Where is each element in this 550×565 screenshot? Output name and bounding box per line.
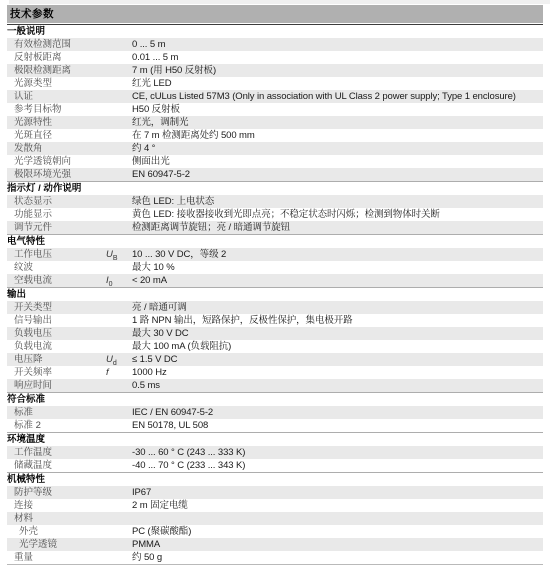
spec-label: 负载电流 xyxy=(7,340,106,353)
spec-label: 工作温度 xyxy=(7,446,106,459)
spec-value: PMMA xyxy=(132,538,543,551)
spec-value: IP67 xyxy=(132,486,543,499)
spec-label: 开关频率 xyxy=(7,366,106,379)
spec-symbol xyxy=(106,261,132,274)
spec-label: 电压降 xyxy=(7,353,106,366)
spec-label: 状态显示 xyxy=(7,195,106,208)
spec-row: 光源特性红光，调制光 xyxy=(7,116,543,129)
spec-symbol: f xyxy=(106,366,132,379)
spec-label: 光学透镜 xyxy=(7,538,106,551)
spec-symbol xyxy=(106,379,132,392)
spec-label: 开关类型 xyxy=(7,301,106,314)
spec-symbol: I0 xyxy=(106,274,132,287)
spec-value: 最大 100 mA (负载阻抗) xyxy=(132,340,543,353)
technical-data-table: 技术参数 一般说明有效检测范围0 ... 5 m反射板距离0.01 ... 5 … xyxy=(7,5,543,562)
spec-label: 响应时间 xyxy=(7,379,106,392)
spec-row: 负载电压最大 30 V DC xyxy=(7,327,543,340)
section-header: 一般说明 xyxy=(7,25,543,38)
spec-label: 极限检测距离 xyxy=(7,64,106,77)
spec-symbol xyxy=(106,51,132,64)
spec-symbol xyxy=(106,129,132,142)
spec-row: 材料 xyxy=(7,512,543,525)
spec-row: 标准IEC / EN 60947-5-2 xyxy=(7,406,543,419)
spec-value: -30 ... 60 ° C (243 ... 333 K) xyxy=(132,446,543,459)
section-header: 符合标准 xyxy=(7,392,543,406)
spec-symbol xyxy=(106,208,132,221)
spec-value: IEC / EN 60947-5-2 xyxy=(132,406,543,419)
spec-label: 光学透镜朝向 xyxy=(7,155,106,168)
spec-symbol xyxy=(106,301,132,314)
spec-row: 极限环境光强EN 60947-5-2 xyxy=(7,168,543,181)
spec-value: 1 路 NPN 输出，短路保护，反极性保护，集电极开路 xyxy=(132,314,543,327)
spec-label: 空载电流 xyxy=(7,274,106,287)
spec-label: 调节元件 xyxy=(7,221,106,234)
spec-row: 连接2 m 固定电缆 xyxy=(7,499,543,512)
spec-label: 认证 xyxy=(7,90,106,103)
spec-row: 开关频率f1000 Hz xyxy=(7,366,543,379)
spec-symbol xyxy=(106,142,132,155)
spec-label: 有效检测范围 xyxy=(7,38,106,51)
spec-symbol xyxy=(106,446,132,459)
section-header: 环境温度 xyxy=(7,432,543,446)
spec-row: 防护等级IP67 xyxy=(7,486,543,499)
spec-row: 开关类型亮 / 暗通可调 xyxy=(7,301,543,314)
spec-symbol xyxy=(106,221,132,234)
spec-label: 防护等级 xyxy=(7,486,106,499)
spec-label: 功能显示 xyxy=(7,208,106,221)
spec-row: 标准 2EN 50178, UL 508 xyxy=(7,419,543,432)
page-top-strip xyxy=(9,0,550,4)
spec-row: 认证CE, cULus Listed 57M3 (Only in associa… xyxy=(7,90,543,103)
spec-symbol: UB xyxy=(106,248,132,261)
spec-row: 状态显示绿色 LED: 上电状态 xyxy=(7,195,543,208)
spec-value: 最大 30 V DC xyxy=(132,327,543,340)
spec-value: -40 ... 70 ° C (233 ... 343 K) xyxy=(132,459,543,472)
spec-symbol xyxy=(106,538,132,551)
spec-row: 参考目标物H50 反射板 xyxy=(7,103,543,116)
spec-symbol xyxy=(106,551,132,562)
spec-symbol xyxy=(106,327,132,340)
spec-row: 电压降Ud≤ 1.5 V DC xyxy=(7,353,543,366)
spec-label: 反射板距离 xyxy=(7,51,106,64)
section-header: 输出 xyxy=(7,287,543,301)
spec-symbol xyxy=(106,116,132,129)
spec-label: 发散角 xyxy=(7,142,106,155)
spec-symbol xyxy=(106,314,132,327)
spec-label: 工作电压 xyxy=(7,248,106,261)
spec-row: 有效检测范围0 ... 5 m xyxy=(7,38,543,51)
spec-symbol xyxy=(106,64,132,77)
spec-symbol xyxy=(106,459,132,472)
spec-row: 响应时间0.5 ms xyxy=(7,379,543,392)
spec-symbol xyxy=(106,168,132,181)
spec-value: 7 m (用 H50 反射板) xyxy=(132,64,543,77)
spec-label: 极限环境光强 xyxy=(7,168,106,181)
spec-row: 纹波最大 10 % xyxy=(7,261,543,274)
spec-symbol xyxy=(106,155,132,168)
spec-label: 信号输出 xyxy=(7,314,106,327)
spec-value: 0.5 ms xyxy=(132,379,543,392)
spec-value: 检测距离调节旋钮；亮 / 暗通调节旋钮 xyxy=(132,221,543,234)
spec-label: 重量 xyxy=(7,551,106,562)
spec-label: 参考目标物 xyxy=(7,103,106,116)
spec-label: 负载电压 xyxy=(7,327,106,340)
spec-value: CE, cULus Listed 57M3 (Only in associati… xyxy=(132,90,543,103)
spec-row: 外壳PC (聚碳酸酯) xyxy=(7,525,543,538)
spec-row: 光斑直径在 7 m 检测距离处约 500 mm xyxy=(7,129,543,142)
spec-symbol xyxy=(106,340,132,353)
spec-symbol xyxy=(106,195,132,208)
spec-value: EN 50178, UL 508 xyxy=(132,419,543,432)
table-title-bar: 技术参数 xyxy=(7,5,543,23)
spec-value: 在 7 m 检测距离处约 500 mm xyxy=(132,129,543,142)
spec-value: 10 ... 30 V DC，等级 2 xyxy=(132,248,543,261)
spec-label: 光源特性 xyxy=(7,116,106,129)
spec-label: 纹波 xyxy=(7,261,106,274)
spec-row: 储藏温度-40 ... 70 ° C (233 ... 343 K) xyxy=(7,459,543,472)
spec-symbol xyxy=(106,525,132,538)
section-header: 电气特性 xyxy=(7,234,543,248)
spec-label: 外壳 xyxy=(7,525,106,538)
spec-row: 功能显示黄色 LED: 接收器接收到光即点亮；不稳定状态时闪烁；检测到物体时关断 xyxy=(7,208,543,221)
spec-label: 材料 xyxy=(7,512,106,525)
spec-row: 反射板距离0.01 ... 5 m xyxy=(7,51,543,64)
spec-row: 发散角约 4 ° xyxy=(7,142,543,155)
spec-row: 工作温度-30 ... 60 ° C (243 ... 333 K) xyxy=(7,446,543,459)
spec-row: 信号输出1 路 NPN 输出，短路保护，反极性保护，集电极开路 xyxy=(7,314,543,327)
spec-symbol xyxy=(106,103,132,116)
spec-row: 光源类型红光 LED xyxy=(7,77,543,90)
spec-value: 0.01 ... 5 m xyxy=(132,51,543,64)
spec-row: 重量约 50 g xyxy=(7,551,543,562)
spec-value: < 20 mA xyxy=(132,274,543,287)
spec-symbol xyxy=(106,406,132,419)
spec-value: 1000 Hz xyxy=(132,366,543,379)
spec-label: 储藏温度 xyxy=(7,459,106,472)
spec-value: 黄色 LED: 接收器接收到光即点亮；不稳定状态时闪烁；检测到物体时关断 xyxy=(132,208,543,221)
section-header: 指示灯 / 动作说明 xyxy=(7,181,543,195)
spec-row: 工作电压UB10 ... 30 V DC，等级 2 xyxy=(7,248,543,261)
spec-row: 极限检测距离7 m (用 H50 反射板) xyxy=(7,64,543,77)
spec-label: 光源类型 xyxy=(7,77,106,90)
spec-label: 标准 xyxy=(7,406,106,419)
spec-symbol xyxy=(106,499,132,512)
spec-row: 空载电流I0< 20 mA xyxy=(7,274,543,287)
spec-value: PC (聚碳酸酯) xyxy=(132,525,543,538)
spec-row: 调节元件检测距离调节旋钮；亮 / 暗通调节旋钮 xyxy=(7,221,543,234)
spec-value: 亮 / 暗通可调 xyxy=(132,301,543,314)
spec-symbol xyxy=(106,77,132,90)
spec-value: ≤ 1.5 V DC xyxy=(132,353,543,366)
spec-label: 标准 2 xyxy=(7,419,106,432)
spec-value: 侧面出光 xyxy=(132,155,543,168)
section-header: 机械特性 xyxy=(7,472,543,486)
spec-row: 光学透镜朝向侧面出光 xyxy=(7,155,543,168)
spec-value: 约 4 ° xyxy=(132,142,543,155)
table-title: 技术参数 xyxy=(10,8,54,20)
spec-value: EN 60947-5-2 xyxy=(132,168,543,181)
spec-symbol: Ud xyxy=(106,353,132,366)
spec-value: 约 50 g xyxy=(132,551,543,562)
spec-value: 红光 LED xyxy=(132,77,543,90)
spec-value: 2 m 固定电缆 xyxy=(132,499,543,512)
spec-value: H50 反射板 xyxy=(132,103,543,116)
spec-value: 0 ... 5 m xyxy=(132,38,543,51)
spec-label: 连接 xyxy=(7,499,106,512)
spec-symbol xyxy=(106,90,132,103)
spec-value: 最大 10 % xyxy=(132,261,543,274)
spec-table-body: 一般说明有效检测范围0 ... 5 m反射板距离0.01 ... 5 m极限检测… xyxy=(7,25,543,562)
spec-value xyxy=(132,512,543,525)
spec-value: 红光，调制光 xyxy=(132,116,543,129)
spec-symbol xyxy=(106,38,132,51)
spec-symbol xyxy=(106,486,132,499)
spec-row: 光学透镜PMMA xyxy=(7,538,543,551)
spec-symbol xyxy=(106,419,132,432)
spec-symbol xyxy=(106,512,132,525)
spec-value: 绿色 LED: 上电状态 xyxy=(132,195,543,208)
spec-row: 负载电流最大 100 mA (负载阻抗) xyxy=(7,340,543,353)
spec-label: 光斑直径 xyxy=(7,129,106,142)
